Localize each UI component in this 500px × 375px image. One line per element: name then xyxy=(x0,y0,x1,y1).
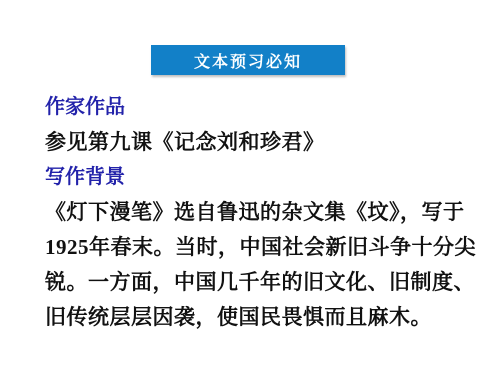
section-heading-writing-background: 写作背景 xyxy=(45,160,465,195)
section-heading-author-works: 作家作品 xyxy=(45,90,465,125)
slide-content: 作家作品 参见第九课《记念刘和珍君》 写作背景 《灯下漫笔》选自鲁迅的杂文集《坟… xyxy=(45,90,465,335)
presentation-slide: 文本预习必知 作家作品 参见第九课《记念刘和珍君》 写作背景 《灯下漫笔》选自鲁… xyxy=(0,0,500,375)
body-line-background-4: 旧传统层层因袭，使国民畏惧而且麻木。 xyxy=(45,300,465,335)
title-banner-label: 文本预习必知 xyxy=(194,49,302,72)
body-line-background-3: 锐。一方面，中国几千年的旧文化、旧制度、 xyxy=(45,265,465,300)
body-line-author-works: 参见第九课《记念刘和珍君》 xyxy=(45,125,465,160)
body-line-background-1: 《灯下漫笔》选自鲁迅的杂文集《坟》，写于 xyxy=(45,195,465,230)
body-line-background-2: 1925年春末。当时，中国社会新旧斗争十分尖 xyxy=(45,230,465,265)
title-banner: 文本预习必知 xyxy=(151,45,345,75)
